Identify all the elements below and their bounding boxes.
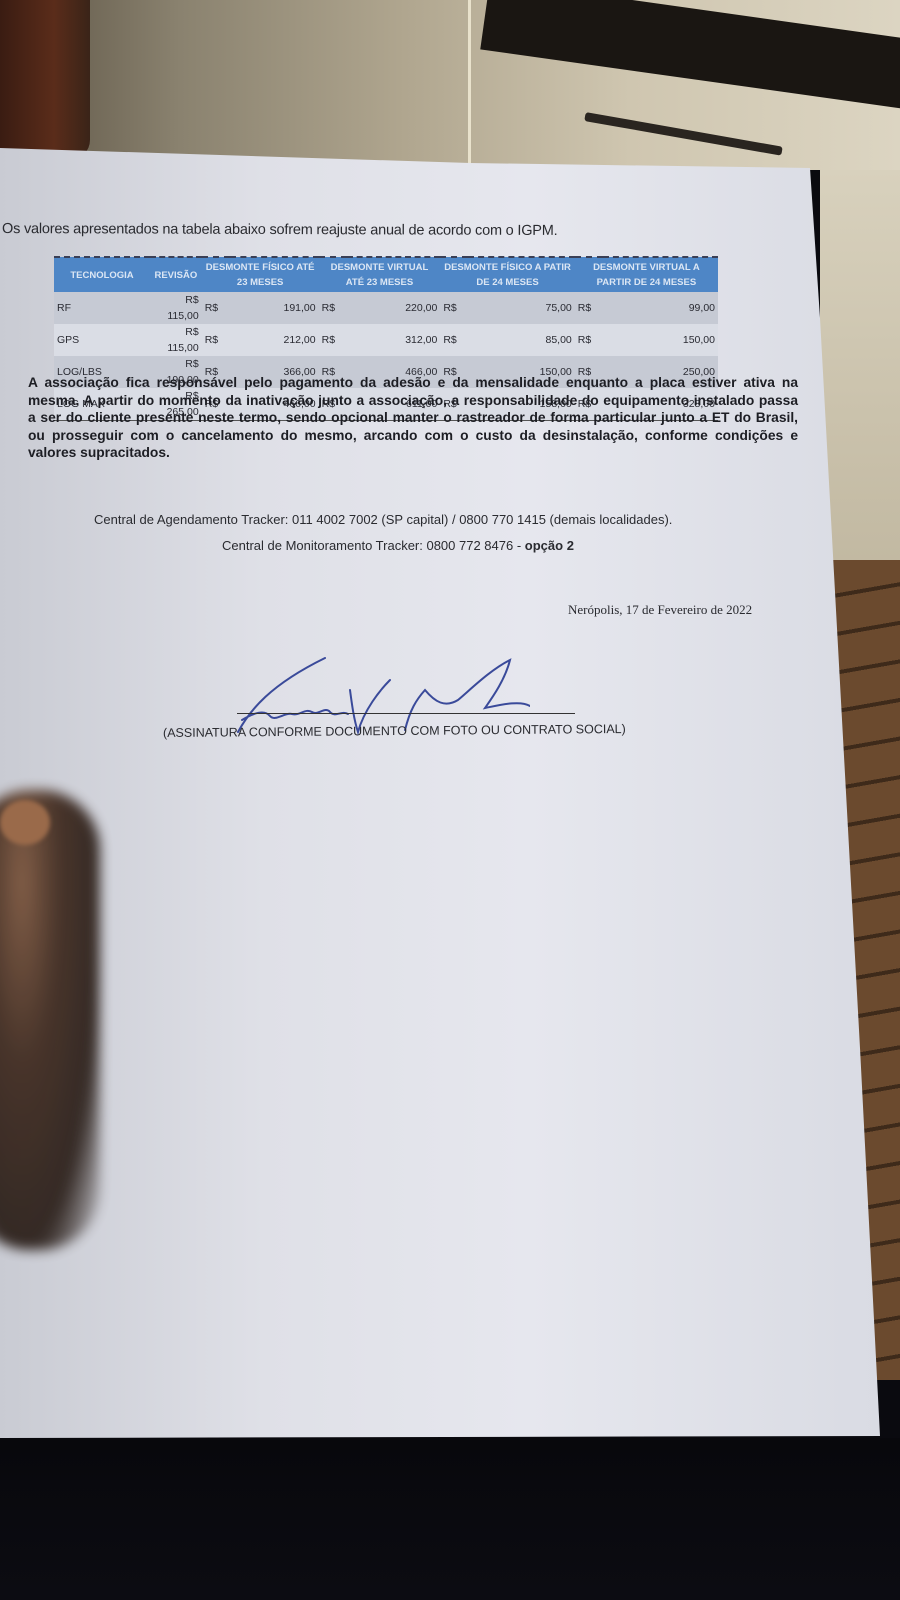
header-fisico-23: Desmonte Físico até 23 meses bbox=[202, 257, 319, 292]
cell-currency: R$ bbox=[202, 324, 230, 356]
header-virtual-24: Desmonte Virtual a partir de 24 meses bbox=[575, 257, 718, 292]
cell-virtual-23: 220,00 bbox=[347, 292, 441, 324]
header-virtual-23: Desmonte Virtual até 23 meses bbox=[319, 257, 441, 292]
cell-fisico-23: 212,00 bbox=[230, 324, 319, 356]
table-header-row: Tecnologia Revisão Desmonte Físico até 2… bbox=[54, 257, 718, 292]
cell-tecnologia: GPS bbox=[54, 324, 150, 356]
header-tecnologia: Tecnologia bbox=[54, 257, 150, 292]
intro-text: Os valores apresentados na tabela abaixo… bbox=[2, 221, 558, 239]
cell-currency: R$ bbox=[440, 324, 468, 356]
cell-tecnologia: RF bbox=[54, 292, 150, 324]
cell-virtual-23: 312,00 bbox=[347, 324, 441, 356]
scheduling-contact: Central de Agendamento Tracker: 011 4002… bbox=[94, 512, 672, 527]
background-curtain bbox=[0, 0, 90, 160]
cell-revisao: R$ 115,00 bbox=[150, 292, 202, 324]
terms-paragraph: A associação fica responsável pelo pagam… bbox=[28, 374, 798, 462]
holding-thumb bbox=[0, 790, 100, 1250]
cell-currency: R$ bbox=[440, 292, 468, 324]
header-revisao: Revisão bbox=[150, 257, 202, 292]
cell-currency: R$ bbox=[575, 324, 603, 356]
table-row: GPSR$ 115,00R$212,00R$312,00R$85,00R$150… bbox=[54, 324, 718, 356]
background-right-wall bbox=[820, 170, 900, 560]
signature-line bbox=[237, 713, 575, 714]
cell-fisico-24: 75,00 bbox=[468, 292, 574, 324]
cell-fisico-23: 191,00 bbox=[230, 292, 319, 324]
header-fisico-24: Desmonte Físico a patir de 24 meses bbox=[440, 257, 574, 292]
monitoring-contact-text: Central de Monitoramento Tracker: 0800 7… bbox=[222, 538, 521, 553]
monitoring-option: opção 2 bbox=[525, 538, 574, 553]
cell-virtual-24: 150,00 bbox=[603, 324, 718, 356]
cell-virtual-24: 99,00 bbox=[603, 292, 718, 324]
cell-currency: R$ bbox=[319, 292, 347, 324]
cell-currency: R$ bbox=[202, 292, 230, 324]
thumbnail-nail bbox=[0, 800, 50, 845]
cell-fisico-24: 85,00 bbox=[468, 324, 574, 356]
background-cabinet-seam bbox=[468, 0, 471, 170]
monitoring-contact: Central de Monitoramento Tracker: 0800 7… bbox=[222, 538, 574, 553]
cell-currency: R$ bbox=[575, 292, 603, 324]
place-date: Nerópolis, 17 de Fevereiro de 2022 bbox=[568, 602, 752, 618]
cell-currency: R$ bbox=[319, 324, 347, 356]
table-row: RFR$ 115,00R$191,00R$220,00R$75,00R$99,0… bbox=[54, 292, 718, 324]
background-dark-floor bbox=[0, 1438, 900, 1600]
cell-revisao: R$ 115,00 bbox=[150, 324, 202, 356]
